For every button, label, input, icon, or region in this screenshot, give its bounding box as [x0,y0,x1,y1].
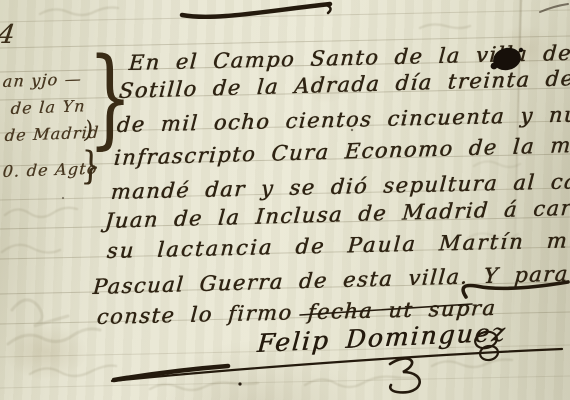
ink-blot [491,45,524,73]
ut-supra-underline [300,304,472,315]
top-flourish-hook [326,5,331,13]
ink-specks [62,129,353,386]
top-flourish [182,4,330,17]
manuscript-page: 4 an yjo — de la Yn de Madrid 0. de Agto… [0,0,570,400]
signature-underline-sweep [112,349,562,381]
rubric-curl [390,359,420,393]
ink-marks-layer [0,0,570,400]
ypara-flourish [463,282,568,297]
top-right-fragment [540,4,568,12]
signature-underline-entry [114,366,228,380]
